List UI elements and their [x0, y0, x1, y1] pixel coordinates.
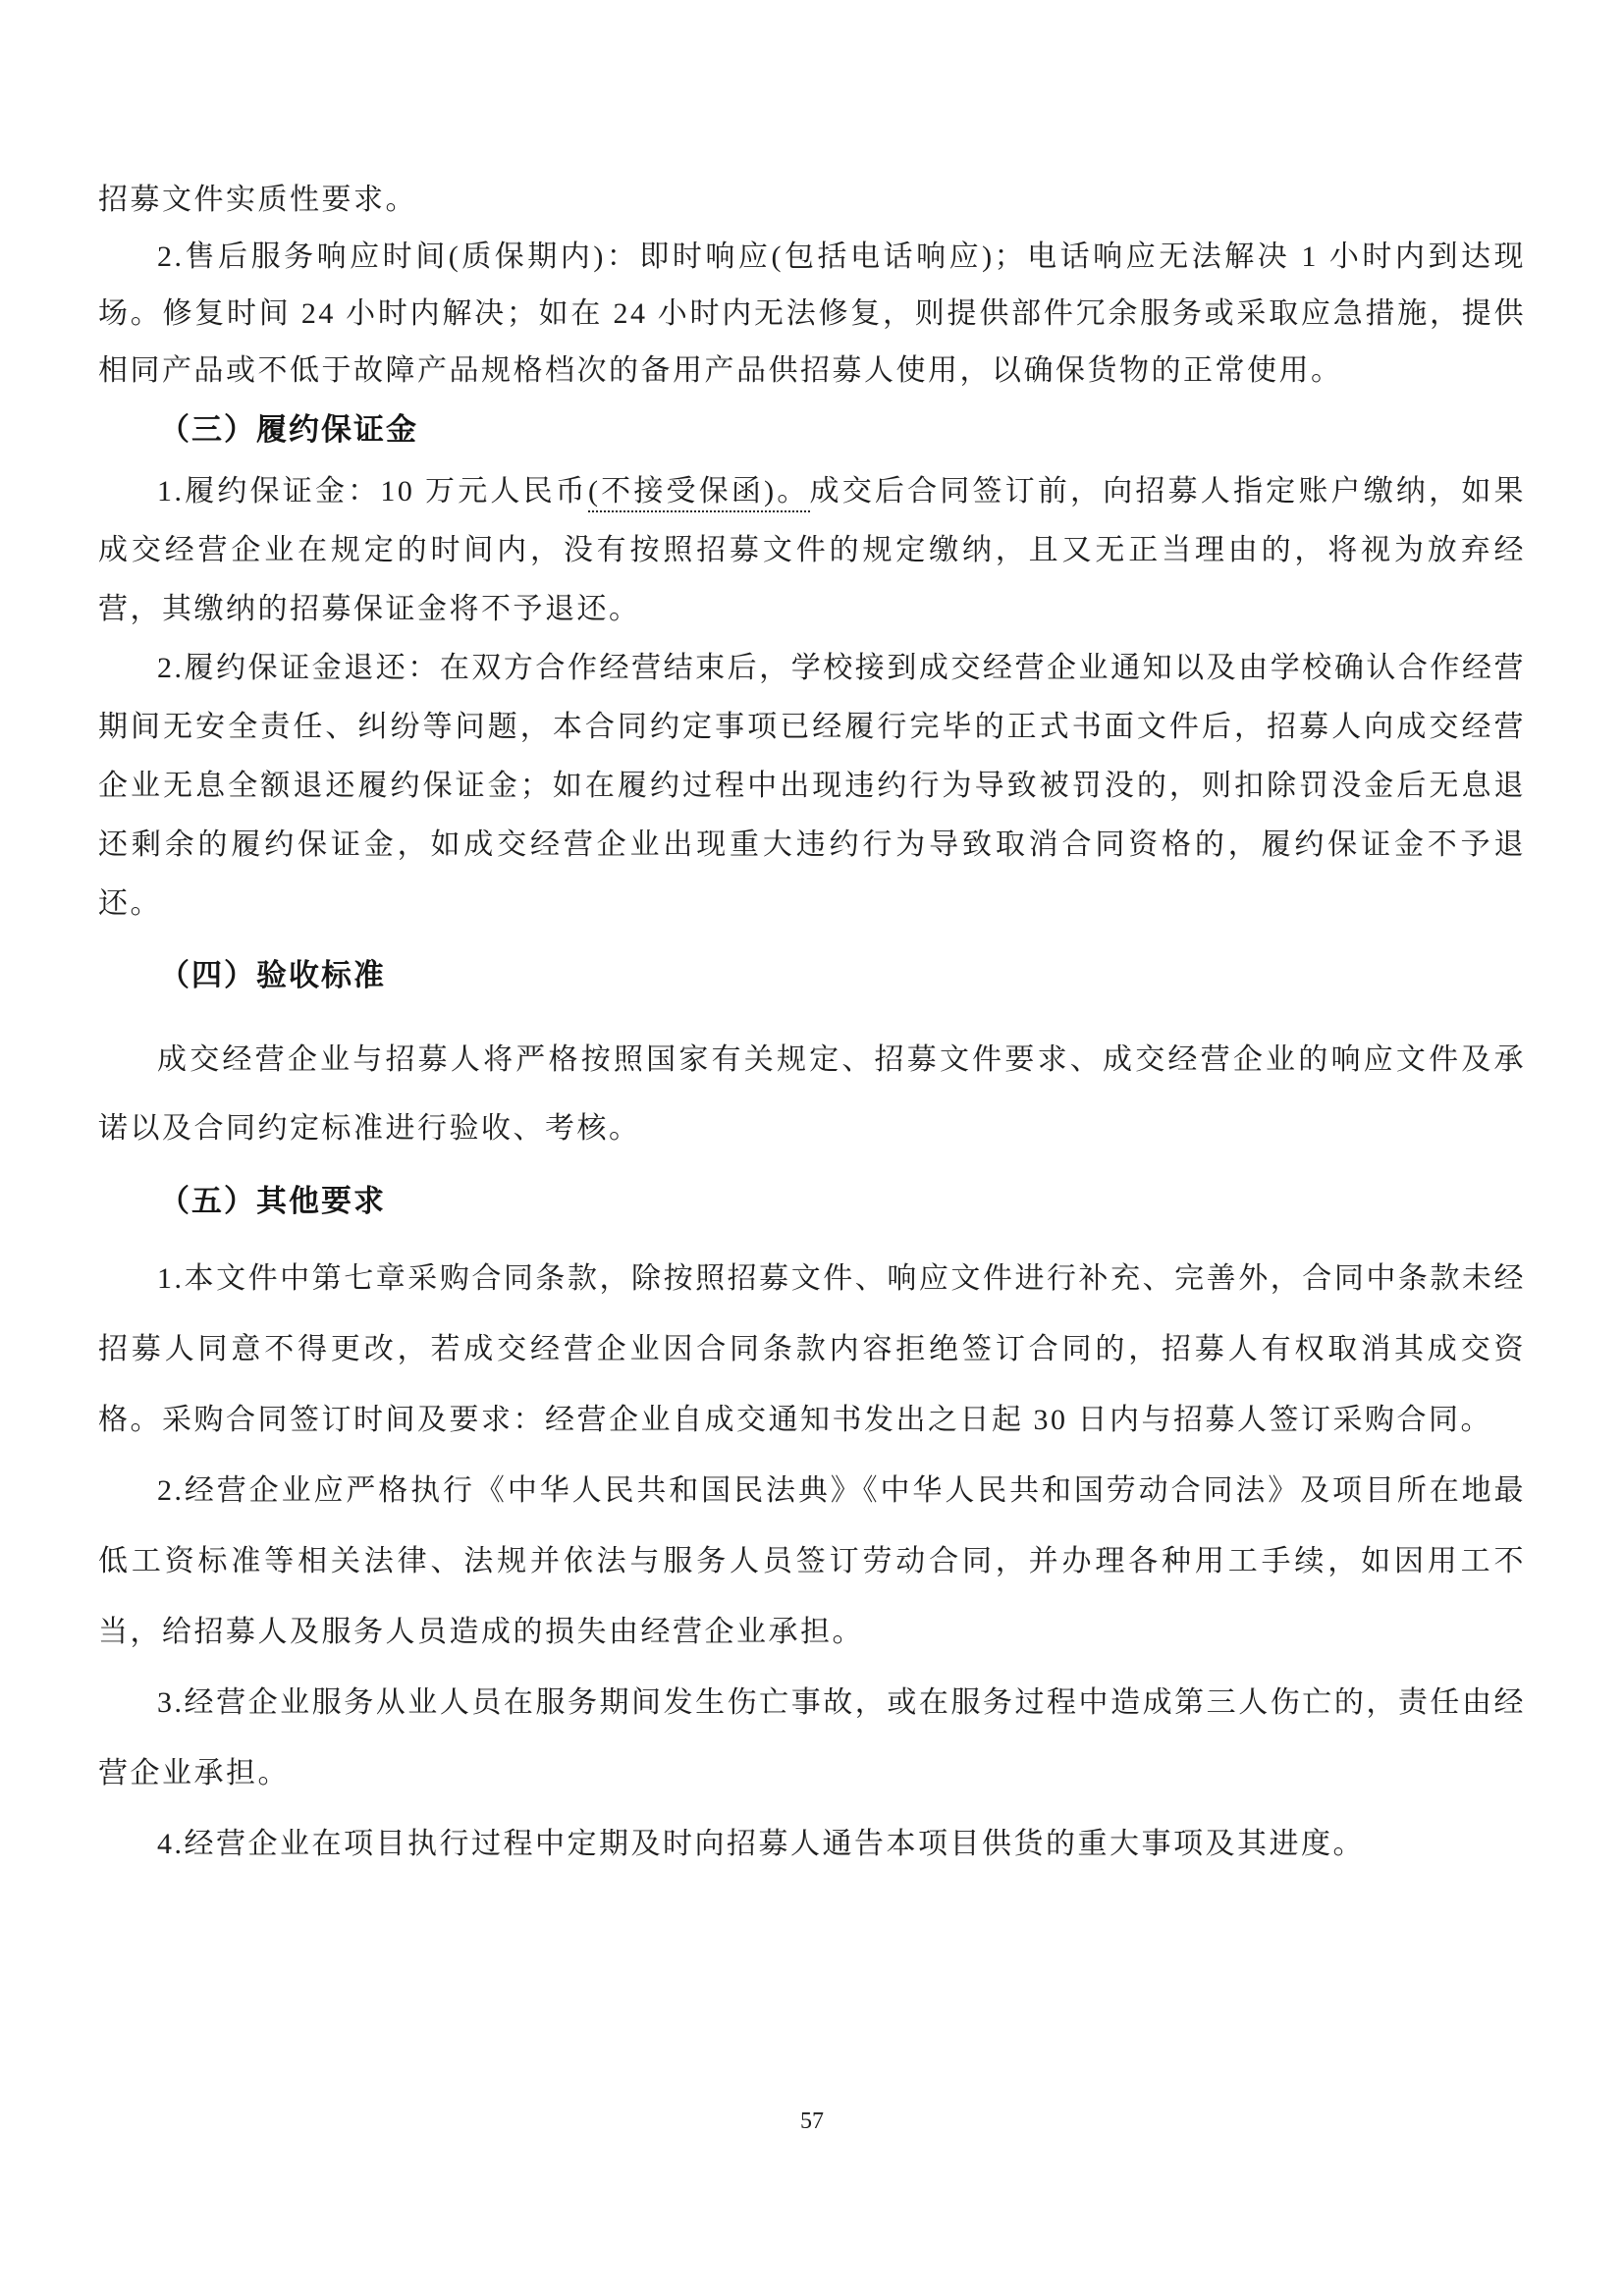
- section-heading-performance-bond: （三）履约保证金: [98, 401, 1526, 458]
- bond-text-before-underline: 1.履约保证金：10 万元人民币: [157, 475, 588, 507]
- paragraph-intro-continuation: 招募文件实质性要求。: [98, 172, 1526, 229]
- underlined-no-guarantee-letter-text: (不接受保函)。: [588, 475, 810, 512]
- page-number: 57: [800, 2109, 824, 2134]
- page-footer: 57: [0, 2109, 1624, 2135]
- paragraph-other-requirement-1: 1.本文件中第七章采购合同条款，除按照招募文件、响应文件进行补充、完善外，合同中…: [98, 1244, 1526, 1456]
- paragraph-performance-bond-payment: 1.履约保证金：10 万元人民币(不接受保函)。成交后合同签订前，向招募人指定账…: [98, 462, 1526, 639]
- document-page: 招募文件实质性要求。 2.售后服务响应时间(质保期内)：即时响应(包括电话响应)…: [0, 0, 1624, 2296]
- paragraph-other-requirement-2: 2.经营企业应严格执行《中华人民共和国民法典》《中华人民共和国劳动合同法》及项目…: [98, 1456, 1526, 1668]
- section-heading-acceptance-standard: （四）验收标准: [98, 947, 1526, 1004]
- paragraph-acceptance-standard: 成交经营企业与招募人将严格按照国家有关规定、招募文件要求、成交经营企业的响应文件…: [98, 1026, 1526, 1163]
- document-body: 招募文件实质性要求。 2.售后服务响应时间(质保期内)：即时响应(包括电话响应)…: [98, 172, 1526, 1880]
- paragraph-other-requirement-4: 4.经营企业在项目执行过程中定期及时向招募人通告本项目供货的重大事项及其进度。: [98, 1809, 1526, 1880]
- paragraph-after-sale-service: 2.售后服务响应时间(质保期内)：即时响应(包括电话响应)；电话响应无法解决 1…: [98, 229, 1526, 400]
- section-heading-other-requirements: （五）其他要求: [98, 1173, 1526, 1230]
- paragraph-performance-bond-refund: 2.履约保证金退还：在双方合作经营结束后，学校接到成交经营企业通知以及由学校确认…: [98, 639, 1526, 934]
- paragraph-other-requirement-3: 3.经营企业服务从业人员在服务期间发生伤亡事故，或在服务过程中造成第三人伤亡的，…: [98, 1668, 1526, 1809]
